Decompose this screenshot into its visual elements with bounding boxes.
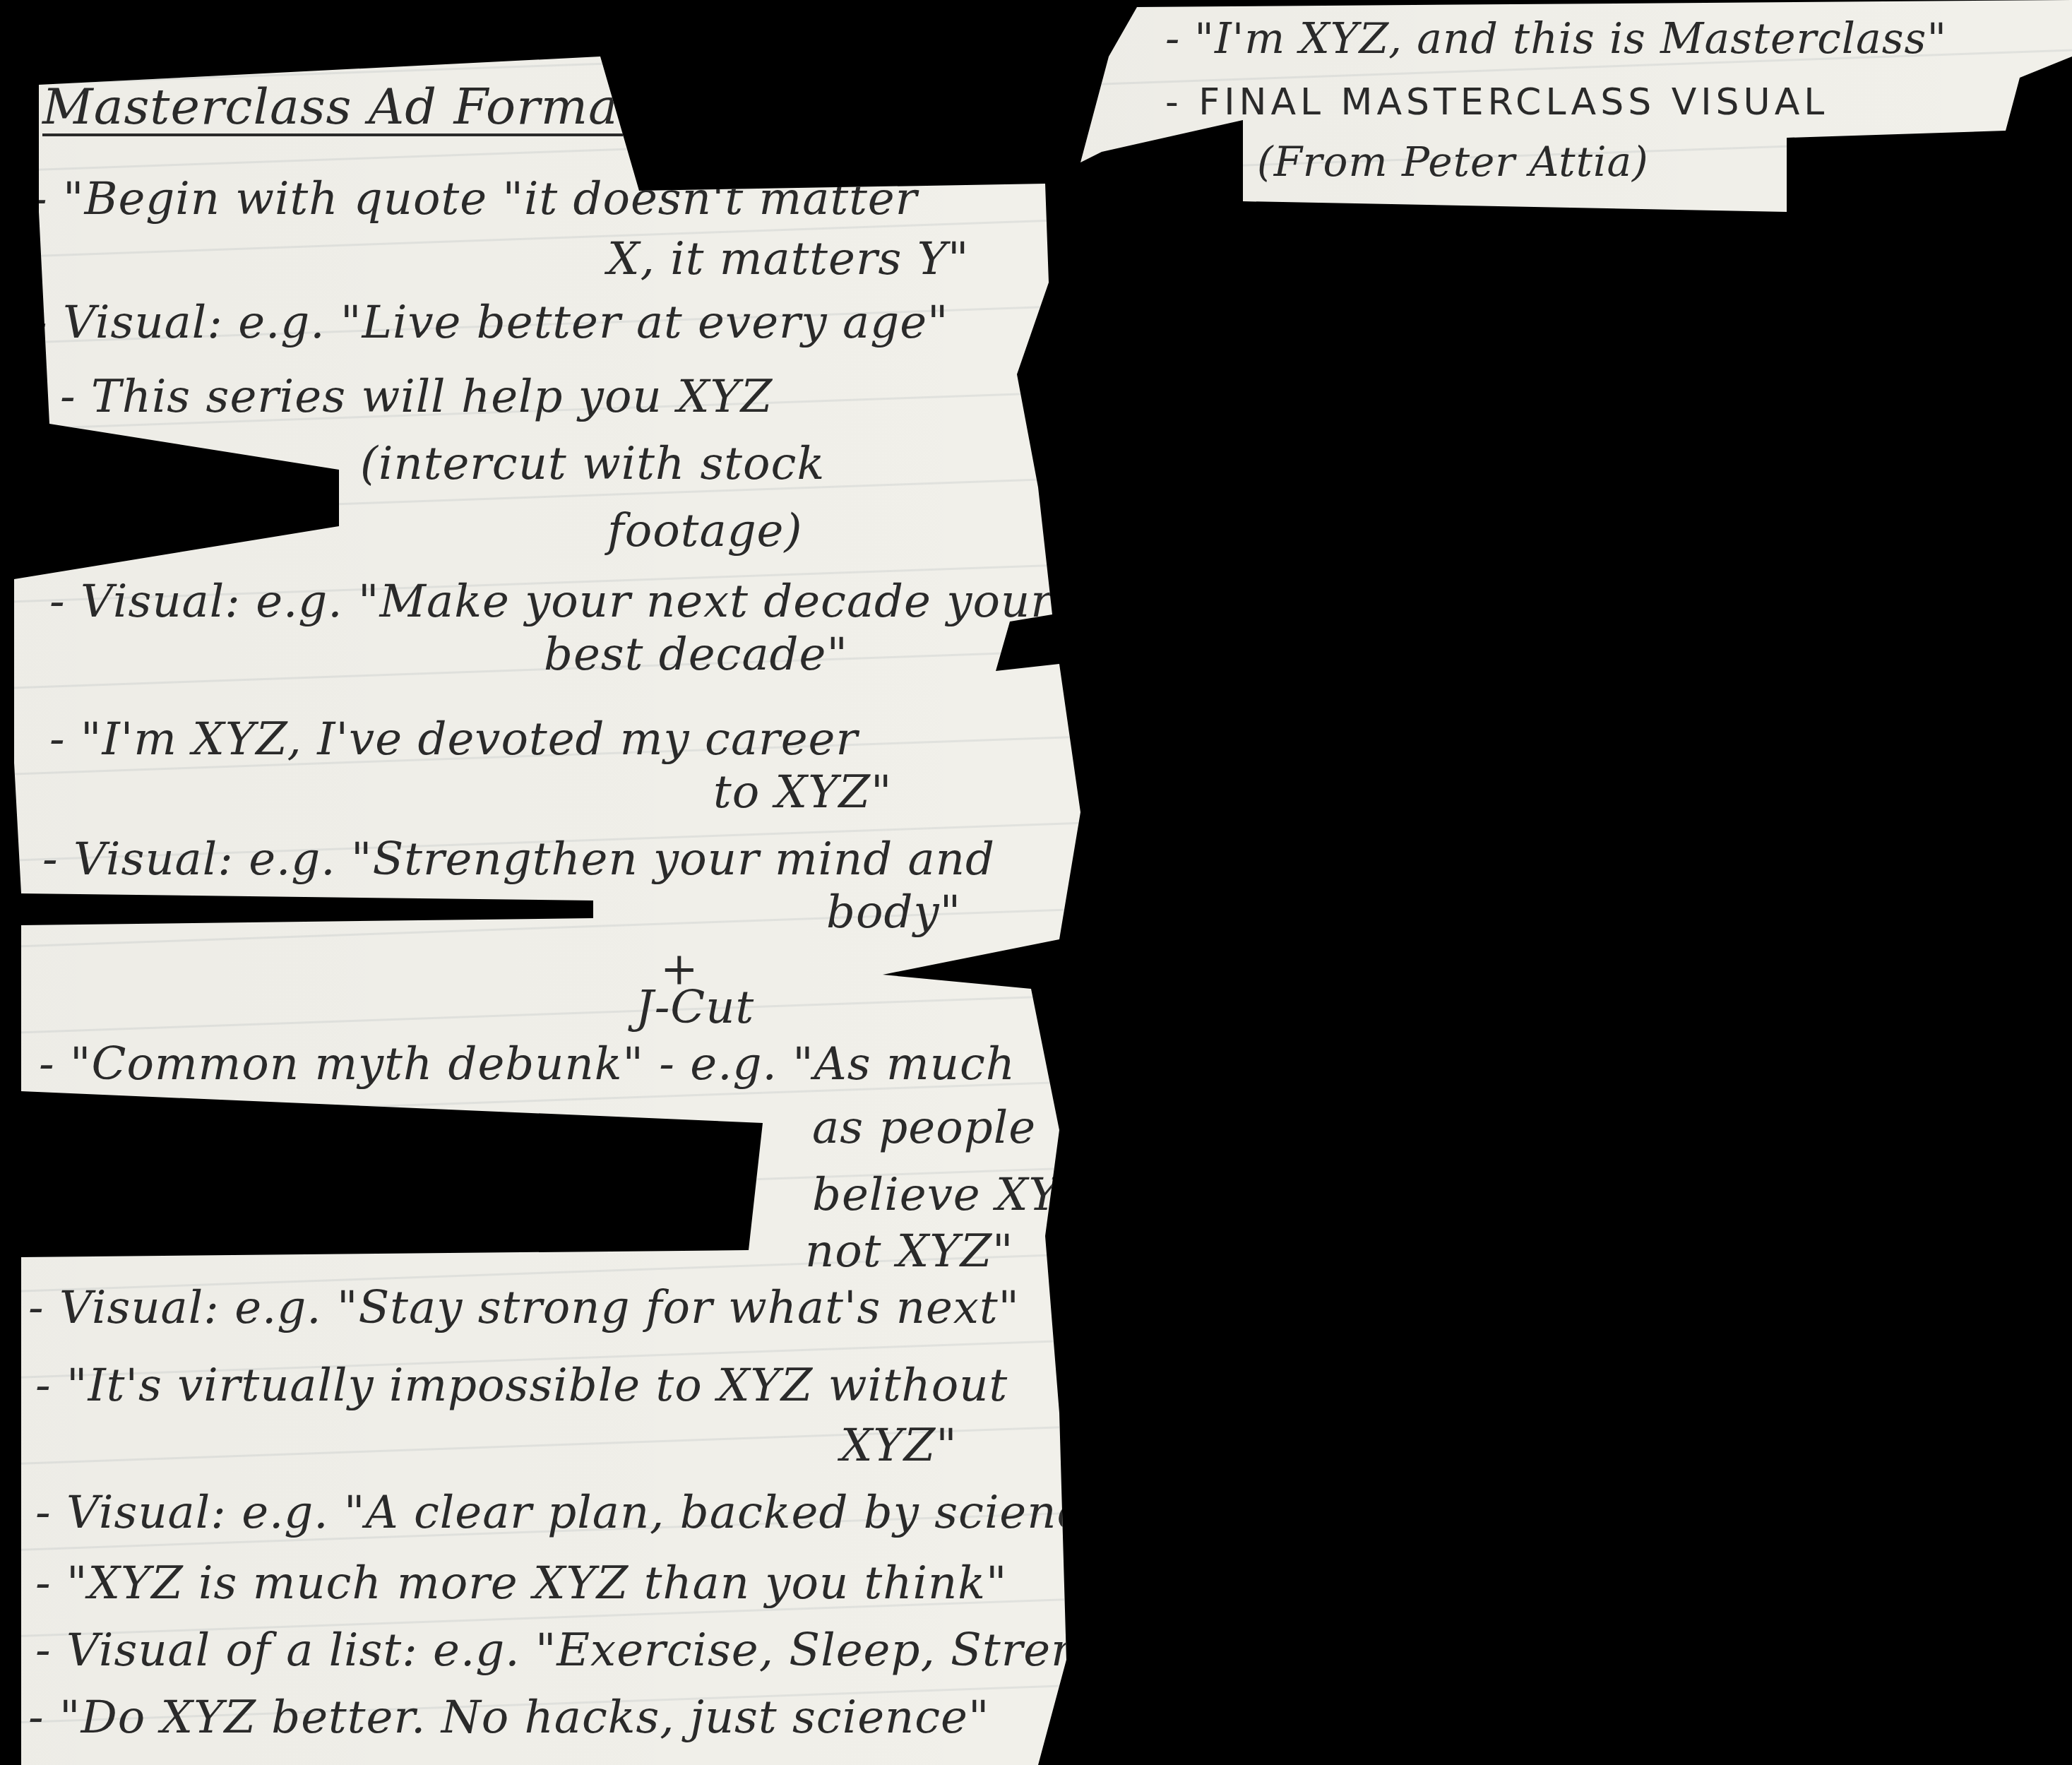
- note-line: (From Peter Attia): [1257, 138, 1649, 186]
- note-line: - "Begin with quote "it doesn't matter: [32, 173, 917, 225]
- note-line: - FINAL MASTERCLASS VISUAL: [1165, 81, 1828, 124]
- note-line: believe XYZ,: [812, 1169, 1106, 1221]
- note-line: XYZ": [840, 1420, 958, 1472]
- note-j-cut: J-Cut: [636, 982, 754, 1034]
- note-line: - This series will help you XYZ: [60, 371, 773, 423]
- note-line: - "It's virtually impossible to XYZ with…: [35, 1360, 1008, 1412]
- note-line: footage): [607, 505, 802, 557]
- note-line: - "I'm XYZ, I've devoted my career: [49, 713, 858, 766]
- note-title: Masterclass Ad Format: [42, 78, 639, 136]
- note-line: (intercut with stock: [360, 438, 825, 490]
- note-line: - Visual: e.g. "Live better at every age…: [32, 297, 949, 349]
- note-line: X, it matters Y": [607, 233, 969, 285]
- note-line: - "Do XYZ better. No hacks, just science…: [28, 1692, 989, 1744]
- note-line: to XYZ": [713, 766, 892, 819]
- left-note-sheet: Masterclass Ad Format - "Begin with quot…: [0, 0, 1088, 1765]
- note-line: not XYZ": [805, 1225, 1014, 1278]
- note-line: - Visual of a list: e.g. "Exercise, Slee…: [35, 1624, 1181, 1677]
- note-line: - "Common myth debunk" - e.g. "As much: [39, 1038, 1016, 1091]
- note-line: - "I'm XYZ, and this is Masterclass": [1165, 14, 1947, 64]
- note-line: - Visual: e.g. "Strengthen your mind and: [42, 833, 995, 886]
- note-line: - Visual: e.g. "A clear plan, backed by …: [35, 1487, 1132, 1539]
- note-line: best decade": [544, 629, 848, 681]
- note-line: body": [826, 886, 961, 939]
- note-line: - Visual: e.g. "Stay strong for what's n…: [28, 1282, 1020, 1334]
- note-line: - Visual: e.g. "Make your next decade yo…: [49, 576, 1053, 628]
- right-note-strip: - "I'm XYZ, and this is Masterclass" - F…: [1080, 0, 2072, 233]
- note-line: - "XYZ is much more XYZ than you think": [35, 1557, 1007, 1610]
- note-line: as people: [812, 1102, 1036, 1154]
